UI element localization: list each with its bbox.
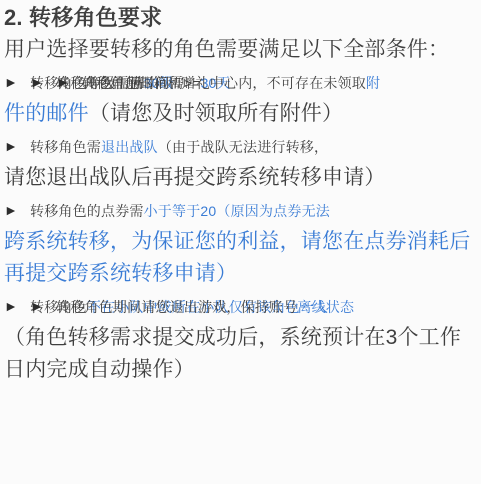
highlighted-text: 离线状态 [297, 299, 354, 315]
text-line: 件的邮件（请您及时领取所有附件） [4, 98, 481, 130]
highlighted-text: 再提交跨系统转移申请） [4, 262, 237, 285]
text-run: 日内完成自动操作） [4, 358, 195, 381]
requirements-list: 2. 转移角色要求用户选择要转移的角色需要满足以下全部条件：►转移角色等级需满3… [4, 2, 481, 386]
bullet-arrow-icon: ► [56, 66, 82, 98]
requirement-item: ►转移角色等级需满30级 [4, 66, 30, 98]
requirement-item: ►转移角色需退出战队（由于战队无法进行转移， [4, 130, 30, 162]
requirement-item: ►转移角色期间请您退出游戏，保持账号离线状态 [30, 290, 56, 322]
bullet-arrow-icon: ► [30, 290, 56, 322]
bullet-arrow-icon: ► [4, 194, 30, 226]
highlighted-text: 件的邮件 [4, 102, 89, 125]
highlighted-text: 跨系统转移，为保证您的利益，请您在点券消耗后 [4, 230, 470, 253]
highlighted-text: 退出战队 [101, 139, 158, 155]
text-run: 转移角色邮箱和赠礼中心内，不可存在未领取 [82, 75, 366, 91]
text-line: 日内完成自动操作） [4, 354, 481, 386]
requirement-item: ►转移角色邮箱和赠礼中心内，不可存在未领取附 [56, 66, 82, 98]
text-line: 用户选择要转移的角色需要满足以下全部条件： [4, 34, 481, 66]
bullet-arrow-icon: ► [4, 130, 30, 162]
text-run: 请您退出战队后再提交跨系统转移申请） [4, 166, 386, 189]
text-run: 转移角色需 [30, 139, 101, 155]
highlighted-text: 附 [366, 75, 380, 91]
requirement-item: ►转移角色注册时间需>=30天 [30, 66, 56, 98]
text-run: 转移角色期间请您退出游戏，保持账号 [56, 299, 297, 315]
text-run: （角色转移需求提交成功后，系统预计在3个工作 [4, 326, 461, 349]
text-run: （由于战队无法进行转移， [158, 139, 328, 155]
requirement-item: ►转移角色不在小队中或所在小队仅有该角色一人 [4, 290, 30, 322]
transfer-requirements-doc: 2. 转移角色要求用户选择要转移的角色需要满足以下全部条件：►转移角色等级需满3… [0, 0, 481, 484]
section-heading: 2. 转移角色要求 [4, 2, 481, 34]
text-run: 用户选择要转移的角色需要满足以下全部条件： [4, 38, 449, 61]
text-line: 请您退出战队后再提交跨系统转移申请） [4, 162, 481, 194]
requirement-item: ►转移角色的点券需小于等于20（原因为点券无法 [4, 194, 30, 226]
text-line: 跨系统转移，为保证您的利益，请您在点券消耗后 [4, 226, 481, 258]
text-line: 再提交跨系统转移申请） [4, 258, 481, 290]
text-run: （请您及时领取所有附件） [89, 102, 343, 125]
text-line: （角色转移需求提交成功后，系统预计在3个工作 [4, 322, 481, 354]
bullet-arrow-icon: ► [4, 290, 30, 322]
text-run: 转移角色的点券需 [30, 203, 144, 219]
highlighted-text: 小于等于20（原因为点券无法 [144, 203, 330, 219]
bullet-arrow-icon: ► [30, 66, 56, 98]
bullet-arrow-icon: ► [4, 66, 30, 98]
text-run: 2. 转移角色要求 [4, 5, 162, 30]
